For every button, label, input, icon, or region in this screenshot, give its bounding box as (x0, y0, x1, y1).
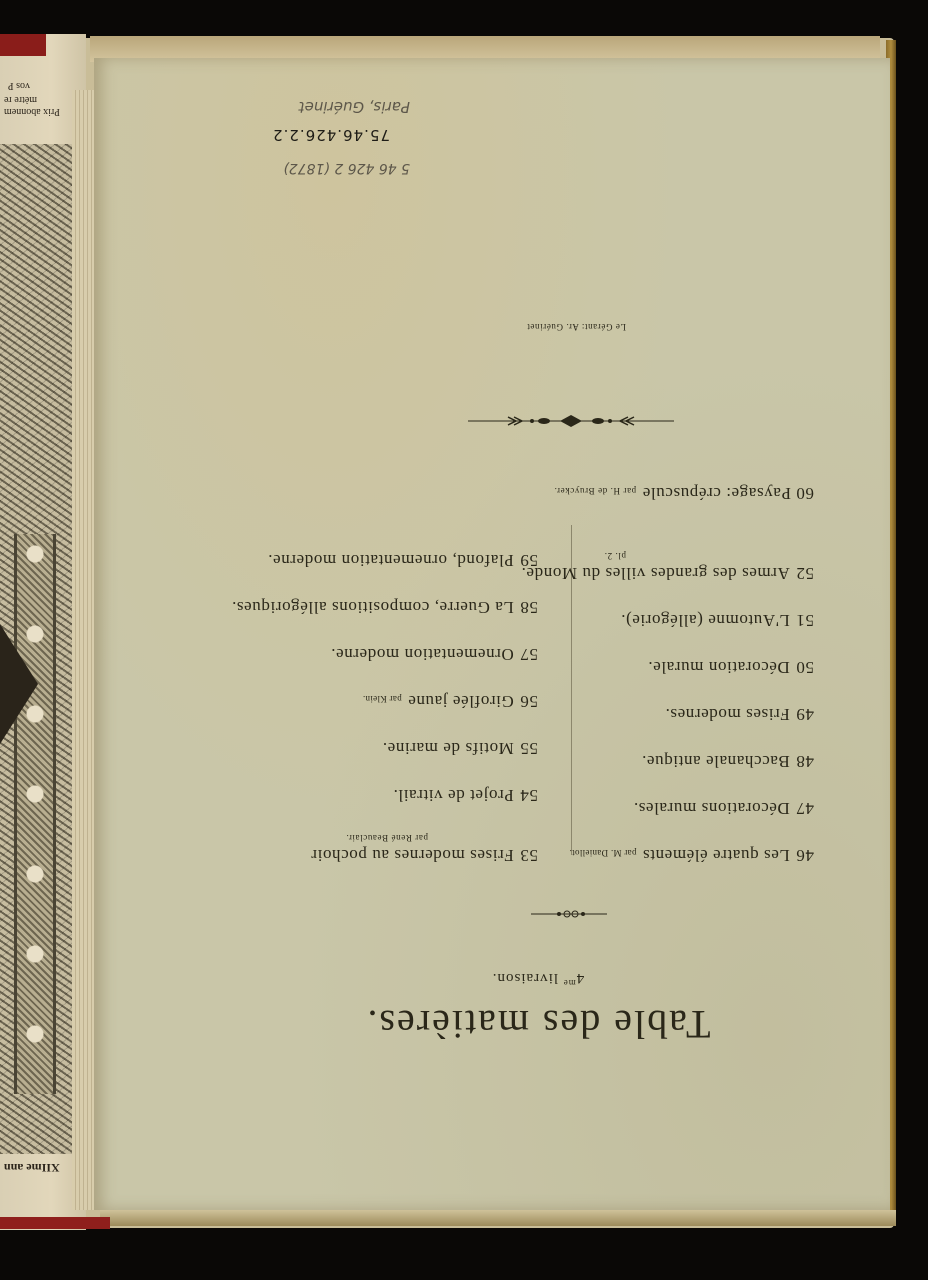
shelf-mark: 75.46.426.2.2 (272, 126, 390, 144)
toc-number: 49 (796, 705, 814, 724)
ornament-divider-icon (531, 909, 607, 919)
toc-label: Décoration murale. (648, 658, 790, 677)
issue-suffix: me (563, 978, 576, 988)
toc-number: 58 (520, 598, 538, 617)
toc-number: 56 (520, 692, 538, 711)
toc-label: Frises modernes. (665, 705, 790, 724)
toc-number: 48 (796, 752, 814, 771)
toc-entry: 46Les quatre élémentspar M. Daniellot. (514, 818, 814, 865)
toc-plate-note: pl. 2. (604, 551, 626, 561)
toc-entry: 50Décoration murale. (514, 630, 814, 677)
bottom-page-edge (100, 1210, 896, 1226)
toc-number: 47 (796, 799, 814, 818)
toc-credit: par Klein. (363, 694, 402, 704)
managing-editor-line: Le Gérant: Ar. Guérinet (527, 322, 626, 332)
toc-number: 53 (520, 846, 538, 865)
page-title: Table des matières. (328, 1001, 748, 1048)
toc-number: 52 (796, 564, 814, 583)
handwritten-notes: Paris, Guérinet 75.46.426.2.2 5 46 426 2… (170, 78, 420, 188)
toc-label: Projet de vitrail. (393, 786, 514, 805)
issue-number: 4 (576, 970, 585, 986)
scanned-page: Table des matières. 4me livraison. 46Les… (94, 58, 890, 1210)
toc-label: Armes des grandes villes du Monde. (521, 564, 790, 583)
toc-entry: 58La Guerre, compositions allégoriques. (198, 570, 538, 617)
issue-label: livraison. (492, 970, 563, 986)
adjacent-page-text: Prix abonnem (4, 106, 60, 117)
toc-number: 59 (520, 551, 538, 570)
toc-label: Bacchanale antique. (642, 752, 790, 771)
toc-credit: par M. Daniellot. (569, 848, 636, 858)
toc-entry: 54Projet de vitrail. (198, 758, 538, 805)
toc-entry: 47Décorations murales. (514, 771, 814, 818)
toc-label: L'Automne (allégorie). (621, 611, 790, 630)
toc-entry-final: 60 Paysage: crépusculepar H. de Bruycker… (554, 483, 814, 503)
rotated-content: Table des matières. 4me livraison. 46Les… (94, 58, 890, 1210)
toc-label: Paysage: crépuscule (642, 484, 791, 503)
handwritten-note: 5 46 426 2 (1872) (283, 160, 410, 176)
toc-label: Frises modernes au pochoir (311, 846, 514, 865)
red-cover-corner (0, 34, 46, 56)
adjacent-page-footer: XIIme ann (4, 1160, 60, 1175)
toc-entry: 59Plafond, ornementation moderne. (198, 523, 538, 570)
toc-number: 54 (520, 786, 538, 805)
toc-number: 55 (520, 739, 538, 758)
adjacent-page-text: mètre re (4, 94, 37, 105)
toc-number: 60 (796, 484, 814, 503)
toc-entry: 51L'Automne (allégorie). (514, 583, 814, 630)
toc-entry: 53Frises modernes au pochoir par René Be… (198, 805, 538, 865)
toc-right-column: 53Frises modernes au pochoir par René Be… (198, 523, 538, 865)
toc-label: Décorations murales. (633, 799, 789, 818)
toc-label: Les quatre éléments (642, 846, 789, 865)
toc-entry: 49Frises modernes. (514, 677, 814, 724)
floral-border (14, 534, 56, 1094)
toc-number: 51 (796, 611, 814, 630)
page-subtitle: 4me livraison. (328, 969, 748, 988)
toc-entry: 48Bacchanale antique. (514, 724, 814, 771)
toc-label: Ornementation moderne. (331, 645, 514, 664)
red-cover-edge (0, 1217, 110, 1229)
toc-entry: 55Motifs de marine. (198, 711, 538, 758)
toc-label: Giroflée jaune (408, 692, 514, 711)
adjacent-page-text: vos P (8, 80, 30, 91)
toc-entry: 57Ornementation moderne. (198, 617, 538, 664)
toc-entry: 52Armes des grandes villes du Monde. pl.… (514, 536, 814, 583)
toc-label: Plafond, ornementation moderne. (268, 551, 514, 570)
toc-label: La Guerre, compositions allégoriques. (231, 598, 513, 617)
engraving-dark-shape (0, 624, 38, 744)
toc-number: 57 (520, 645, 538, 664)
toc-number: 50 (796, 658, 814, 677)
ornament-flourish-icon (468, 414, 674, 428)
toc-label: Motifs de marine. (382, 739, 514, 758)
toc-credit: par René Beauclair. (346, 833, 428, 843)
toc-entry: 56Giroflée jaunepar Klein. (198, 664, 538, 711)
toc-number: 46 (796, 846, 814, 865)
toc-left-column: 46Les quatre élémentspar M. Daniellot. 4… (514, 536, 814, 865)
toc-credit: par H. de Bruycker. (554, 486, 636, 496)
handwritten-note: Paris, Guérinet (299, 98, 410, 116)
